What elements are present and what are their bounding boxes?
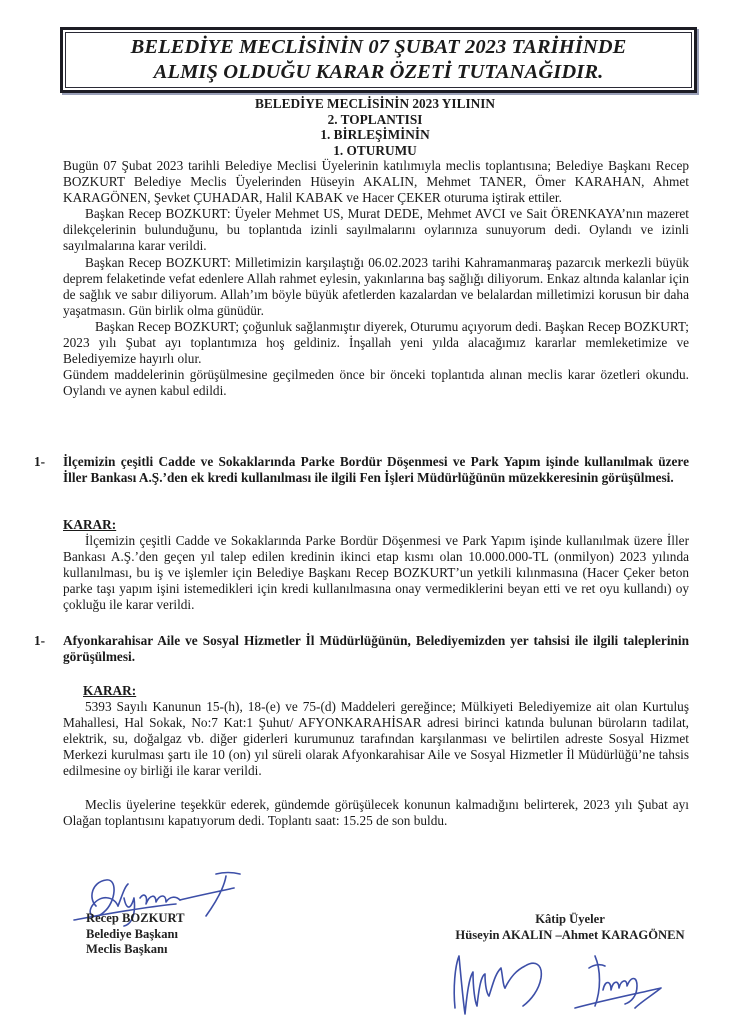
session-heading-year: BELEDİYE MECLİSİNİN 2023 YILININ <box>0 96 750 112</box>
session-heading: BELEDİYE MECLİSİNİN 2023 YILININ 2. TOPL… <box>0 96 750 158</box>
agenda-item-2-decision: 5393 Sayılı Kanunun 15-(h), 18-(e) ve 75… <box>63 699 689 779</box>
agenda-item-2-title: Afyonkarahisar Aile ve Sosyal Hizmetler … <box>63 633 689 665</box>
chair-name: Recep BOZKURT <box>86 911 185 927</box>
clerks-names: Hüseyin AKALIN –Ahmet KARAGÖNEN <box>420 928 720 944</box>
agenda-item-1-title: İlçemizin çeşitli Cadde ve Sokaklarında … <box>63 454 689 486</box>
agenda-item-1-decision: İlçemizin çeşitli Cadde ve Sokaklarında … <box>63 533 689 613</box>
closing-section: Meclis üyelerine teşekkür ederek, gündem… <box>63 797 689 829</box>
chair-title-council: Meclis Başkanı <box>86 942 185 958</box>
agenda-item-1: 1- İlçemizin çeşitli Cadde ve Sokakların… <box>34 454 689 486</box>
agenda-item-1-decision-label: KARAR: <box>63 517 116 533</box>
agenda-item-2-number: 1- <box>34 633 63 665</box>
document-title-line-1: BELEDİYE MECLİSİNİN 07 ŞUBAT 2023 TARİHİ… <box>131 35 627 60</box>
previous-minutes-paragraph: Gündem maddelerinin görüşülmesine geçilm… <box>63 367 689 399</box>
clerk-2-signature-icon <box>565 950 675 1020</box>
agenda-item-1-number: 1- <box>34 454 63 486</box>
session-heading-meeting: 2. TOPLANTISI <box>0 112 750 128</box>
session-heading-union: 1. BİRLEŞİMİNİN <box>0 127 750 143</box>
agenda-item-2-decision-section: 5393 Sayılı Kanunun 15-(h), 18-(e) ve 75… <box>63 699 689 779</box>
chair-title-mayor: Belediye Başkanı <box>86 927 185 943</box>
document-title-box: BELEDİYE MECLİSİNİN 07 ŞUBAT 2023 TARİHİ… <box>60 27 697 93</box>
chair-signature-block: Recep BOZKURT Belediye Başkanı Meclis Ba… <box>86 911 185 958</box>
opening-section: Bugün 07 Şubat 2023 tarihli Belediye Mec… <box>63 158 689 399</box>
closing-paragraph: Meclis üyelerine teşekkür ederek, gündem… <box>63 797 689 829</box>
clerk-1-signature-icon <box>445 948 555 1020</box>
session-heading-sitting: 1. OTURUMU <box>0 143 750 159</box>
clerks-heading: Kâtip Üyeler <box>420 912 720 928</box>
attendance-paragraph: Bugün 07 Şubat 2023 tarihli Belediye Mec… <box>63 158 689 206</box>
agenda-item-2-decision-label: KARAR: <box>83 683 136 699</box>
clerks-signature-block: Kâtip Üyeler Hüseyin AKALIN –Ahmet KARAG… <box>420 912 720 943</box>
condolence-paragraph: Başkan Recep BOZKURT: Milletimizin karşı… <box>63 255 689 319</box>
agenda-item-2: 1- Afyonkarahisar Aile ve Sosyal Hizmetl… <box>34 633 689 665</box>
excuse-paragraph: Başkan Recep BOZKURT: Üyeler Mehmet US, … <box>63 206 689 254</box>
opening-paragraph: Başkan Recep BOZKURT; çoğunluk sağlanmış… <box>63 319 689 367</box>
document-title-line-2: ALMIŞ OLDUĞU KARAR ÖZETİ TUTANAĞIDIR. <box>154 60 604 85</box>
agenda-item-1-decision-section: İlçemizin çeşitli Cadde ve Sokaklarında … <box>63 533 689 613</box>
